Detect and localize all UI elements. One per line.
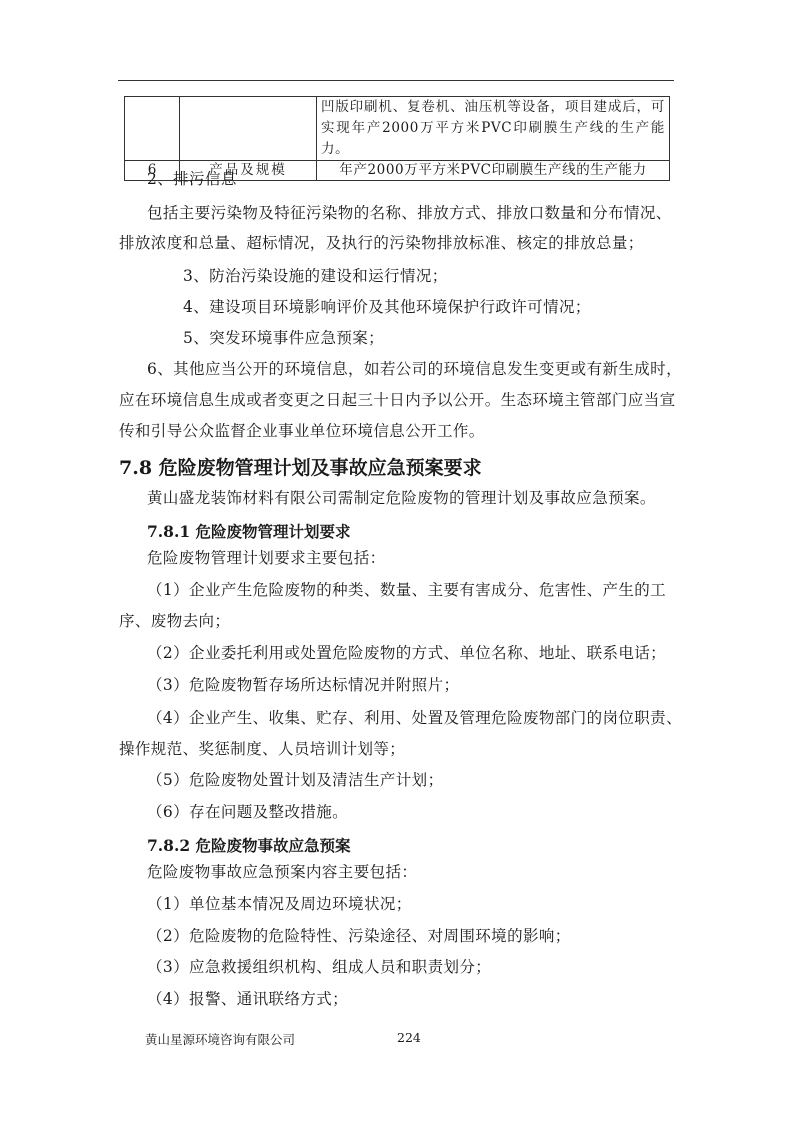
list-item: （5）危险废物处置计划及清洁生产计划； <box>147 768 443 790</box>
item2-title: 2、排污信息 <box>147 167 237 189</box>
list-item: （4）报警、通讯联络方式； <box>147 987 348 1009</box>
table-row: 凹版印刷机、复卷机、油压机等设备，项目建成后，可实现年产2000万平方米PVC印… <box>125 97 670 161</box>
list-item: （3）应急救援组织机构、组成人员和职责划分； <box>147 955 491 977</box>
item6-line2: 应在环境信息生成或者变更之日起三十日内予以公开。生态环境主管部门应当宣 <box>119 388 676 410</box>
subsection-7-8-1-lead: 危险废物管理计划要求主要包括： <box>147 546 386 568</box>
list-item-cont: 操作规范、奖惩制度、人员培训计划等； <box>119 737 405 759</box>
item2-body-line1: 包括主要污染物及特征污染物的名称、排放方式、排放口数量和分布情况、 <box>147 201 672 223</box>
item3: 3、防治污染设施的建设和运行情况； <box>183 264 448 286</box>
subsection-heading-7-8-1: 7.8.1 危险废物管理计划要求 <box>147 520 351 542</box>
subsection-heading-7-8-2: 7.8.2 危险废物事故应急预案 <box>147 834 351 856</box>
table-cell-content: 年产2000万平方米PVC印刷膜生产线的生产能力 <box>317 161 670 181</box>
item2-body-line2: 排放浓度和总量、超标情况，及执行的污染物排放标准、核定的排放总量； <box>119 231 644 253</box>
page-number: 224 <box>397 1030 421 1045</box>
item5: 5、突发环境事件应急预案； <box>183 326 384 348</box>
table-cell-content: 凹版印刷机、复卷机、油压机等设备，项目建成后，可实现年产2000万平方米PVC印… <box>317 97 670 161</box>
list-item: （3）危险废物暂存场所达标情况并附照片； <box>147 673 459 695</box>
list-item: （1）企业产生危险废物的种类、数量、主要有害成分、危害性、产生的工 <box>147 578 666 600</box>
table-cell-item <box>180 97 317 161</box>
list-item: （2）危险废物的危险特性、污染途径、对周围环境的影响； <box>147 924 571 946</box>
item6-line1: 6、其他应当公开的环境信息，如若公司的环境信息发生变更或有新生成时， <box>147 357 682 379</box>
list-item: （4）企业产生、收集、贮存、利用、处置及管理危险废物部门的岗位职责、 <box>147 706 682 728</box>
section-heading-7-8: 7.8 危险废物管理计划及事故应急预案要求 <box>119 453 482 480</box>
list-item: （6）存在问题及整改措施。 <box>147 800 348 822</box>
list-item-cont: 序、废物去向； <box>119 609 230 631</box>
table-cell-no <box>125 97 180 161</box>
header-rule <box>118 80 674 81</box>
subsection-7-8-2-lead: 危险废物事故应急预案内容主要包括： <box>147 860 417 882</box>
section-7-8-intro: 黄山盛龙装饰材料有限公司需制定危险废物的管理计划及事故应急预案。 <box>147 486 656 508</box>
footer-company: 黄山星源环境咨询有限公司 <box>145 1030 295 1048</box>
list-item: （1）单位基本情况及周边环境状况； <box>147 892 412 914</box>
item6-line3: 传和引导公众监督企业事业单位环境信息公开工作。 <box>119 419 485 441</box>
list-item: （2）企业委托利用或处置危险废物的方式、单位名称、地址、联系电话； <box>147 641 666 663</box>
item4: 4、建设项目环境影响评价及其他环境保护行政许可情况； <box>183 295 591 317</box>
